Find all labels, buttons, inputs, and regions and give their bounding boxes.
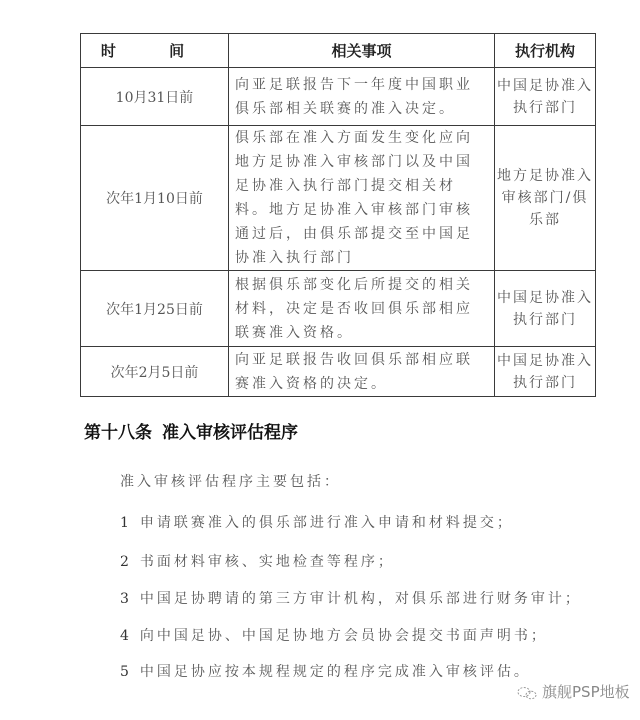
table-header-row: 时 间 相关事项 执行机构 [81,34,596,68]
item-number: 2 [120,554,132,570]
cell-time: 10月31日前 [81,68,229,126]
cell-org: 中国足协准入执行部门 [495,347,596,397]
item-number: 1 [120,515,132,531]
item-text: 书面材料审核、实地检查等程序； [140,554,395,570]
header-matter: 相关事项 [229,34,495,68]
list-item: 5中国足协应按本规程规定的程序完成准入审核评估。 [120,661,531,681]
list-item: 3中国足协聘请的第三方审计机构，对俱乐部进行财务审计； [120,588,582,608]
cell-matter: 向亚足联报告收回俱乐部相应联赛准入资格的决定。 [229,347,495,397]
wechat-icon [516,686,538,700]
cell-org: 中国足协准入执行部门 [495,271,596,347]
list-item: 2书面材料审核、实地检查等程序； [120,551,395,571]
article-title: 准入审核评估程序 [162,423,298,443]
section-intro: 准入审核评估程序主要包括： [120,471,341,491]
watermark-text: 旗舰PSP地板 [542,683,630,701]
cell-time: 次年2月5日前 [81,347,229,397]
table-row: 次年2月5日前 向亚足联报告收回俱乐部相应联赛准入资格的决定。 中国足协准入执行… [81,347,596,397]
section-heading: 第十八条准入审核评估程序 [84,418,298,443]
item-text: 中国足协聘请的第三方审计机构，对俱乐部进行财务审计； [140,591,582,607]
cell-org: 地方足协准入审核部门/俱乐部 [495,126,596,271]
table-row: 次年1月25日前 根据俱乐部变化后所提交的相关材料，决定是否收回俱乐部相应联赛准… [81,271,596,347]
item-number: 4 [120,628,132,644]
table-row: 次年1月10日前 俱乐部在准入方面发生变化应向地方足协准入审核部门以及中国足协准… [81,126,596,271]
cell-time: 次年1月10日前 [81,126,229,271]
header-org: 执行机构 [495,34,596,68]
watermark: 旗舰PSP地板 [516,681,630,702]
item-number: 3 [120,591,132,607]
table-row: 10月31日前 向亚足联报告下一年度中国职业俱乐部相关联赛的准入决定。 中国足协… [81,68,596,126]
item-text: 申请联赛准入的俱乐部进行准入申请和材料提交； [140,515,514,531]
item-text: 中国足协应按本规程规定的程序完成准入审核评估。 [140,664,531,680]
cell-matter: 向亚足联报告下一年度中国职业俱乐部相关联赛的准入决定。 [229,68,495,126]
cell-time: 次年1月25日前 [81,271,229,347]
header-time: 时 间 [81,34,229,68]
cell-matter: 根据俱乐部变化后所提交的相关材料，决定是否收回俱乐部相应联赛准入资格。 [229,271,495,347]
cell-org: 中国足协准入执行部门 [495,68,596,126]
item-number: 5 [120,664,132,680]
list-item: 1申请联赛准入的俱乐部进行准入申请和材料提交； [120,512,514,532]
article-number: 第十八条 [84,423,152,443]
admission-schedule-table: 时 间 相关事项 执行机构 10月31日前 向亚足联报告下一年度中国职业俱乐部相… [80,33,596,397]
item-text: 向中国足协、中国足协地方会员协会提交书面声明书； [140,628,548,644]
list-item: 4向中国足协、中国足协地方会员协会提交书面声明书； [120,625,548,645]
cell-matter: 俱乐部在准入方面发生变化应向地方足协准入审核部门以及中国足协准入执行部门提交相关… [229,126,495,271]
